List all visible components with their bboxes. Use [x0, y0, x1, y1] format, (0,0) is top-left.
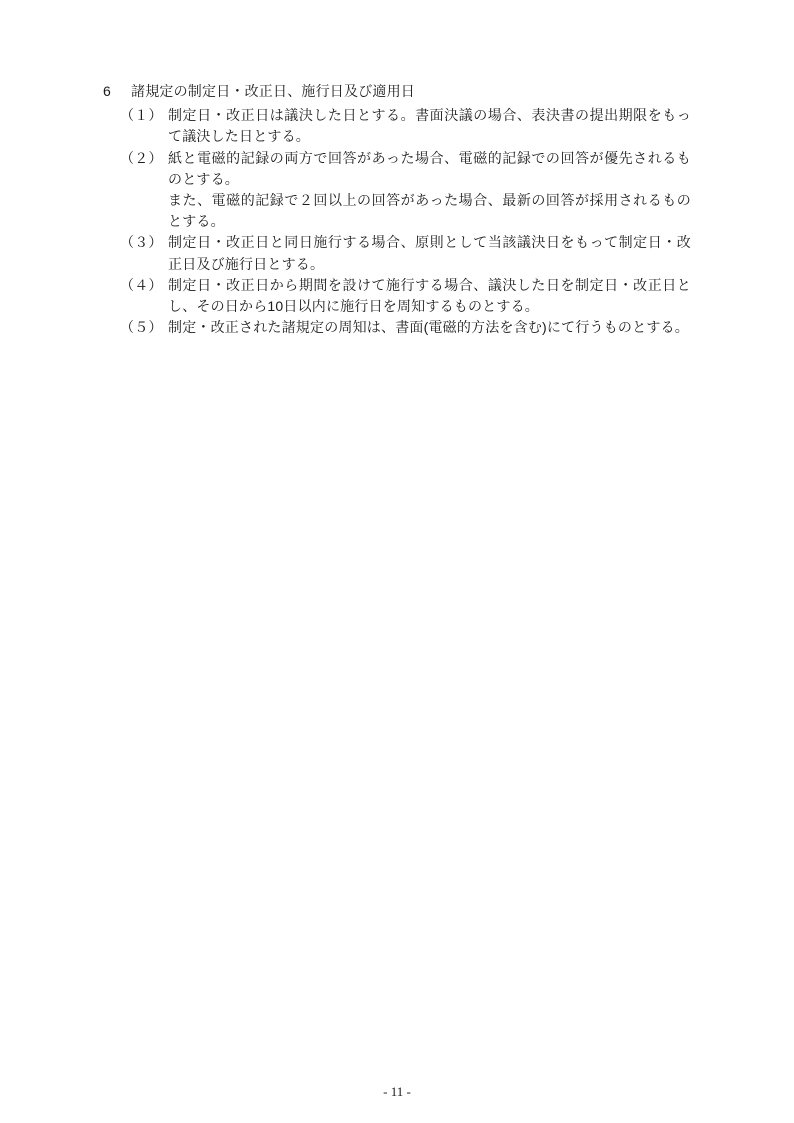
clause-item: （１） 制定日・改正日は議決した日とする。書面決議の場合、表決書の提出期限をもっ… [103, 105, 691, 147]
clause-paragraph: また、電磁的記録で２回以上の回答があった場合、最新の回答が採用されるものとする。 [168, 190, 691, 232]
clause-number: （４） [120, 275, 168, 317]
clause-item: （３） 制定日・改正日と同日施行する場合、原則として当該議決日をもって制定日・改… [103, 232, 691, 274]
clause-item: （４） 制定日・改正日から期間を設けて施行する場合、議決した日を制定日・改正日と… [103, 275, 691, 317]
clause-number: （２） [120, 148, 168, 233]
section-title: 諸規定の制定日・改正日、施行日及び適用日 [131, 81, 415, 102]
clause-text: 紙と電磁的記録の両方で回答があった場合、電磁的記録での回答が優先されるものとする… [168, 148, 691, 233]
section-number: 6 [103, 81, 131, 102]
document-page: 6 諸規定の制定日・改正日、施行日及び適用日 （１） 制定日・改正日は議決した日… [0, 0, 794, 1123]
clause-list: （１） 制定日・改正日は議決した日とする。書面決議の場合、表決書の提出期限をもっ… [103, 105, 691, 338]
clause-text: 制定日・改正日と同日施行する場合、原則として当該議決日をもって制定日・改正日及び… [168, 232, 691, 274]
clause-number: （５） [120, 317, 168, 338]
page-number: - 11 - [0, 1084, 794, 1100]
clause-paragraph: 制定日・改正日から期間を設けて施行する場合、議決した日を制定日・改正日とし、その… [168, 275, 691, 317]
clause-number: （１） [120, 105, 168, 147]
clause-text: 制定・改正された諸規定の周知は、書面(電磁的方法を含む)にて行うものとする。 [168, 317, 691, 338]
section-heading: 6 諸規定の制定日・改正日、施行日及び適用日 [103, 81, 691, 102]
clause-item: （２） 紙と電磁的記録の両方で回答があった場合、電磁的記録での回答が優先されるも… [103, 148, 691, 233]
clause-text: 制定日・改正日は議決した日とする。書面決議の場合、表決書の提出期限をもって議決し… [168, 105, 691, 147]
clause-paragraph: 紙と電磁的記録の両方で回答があった場合、電磁的記録での回答が優先されるものとする… [168, 148, 691, 190]
clause-text: 制定日・改正日から期間を設けて施行する場合、議決した日を制定日・改正日とし、その… [168, 275, 691, 317]
document-body: 6 諸規定の制定日・改正日、施行日及び適用日 （１） 制定日・改正日は議決した日… [103, 81, 691, 338]
clause-paragraph: 制定・改正された諸規定の周知は、書面(電磁的方法を含む)にて行うものとする。 [168, 317, 691, 338]
clause-number: （３） [120, 232, 168, 274]
clause-paragraph: 制定日・改正日と同日施行する場合、原則として当該議決日をもって制定日・改正日及び… [168, 232, 691, 274]
clause-paragraph: 制定日・改正日は議決した日とする。書面決議の場合、表決書の提出期限をもって議決し… [168, 105, 691, 147]
clause-item: （５） 制定・改正された諸規定の周知は、書面(電磁的方法を含む)にて行うものとす… [103, 317, 691, 338]
